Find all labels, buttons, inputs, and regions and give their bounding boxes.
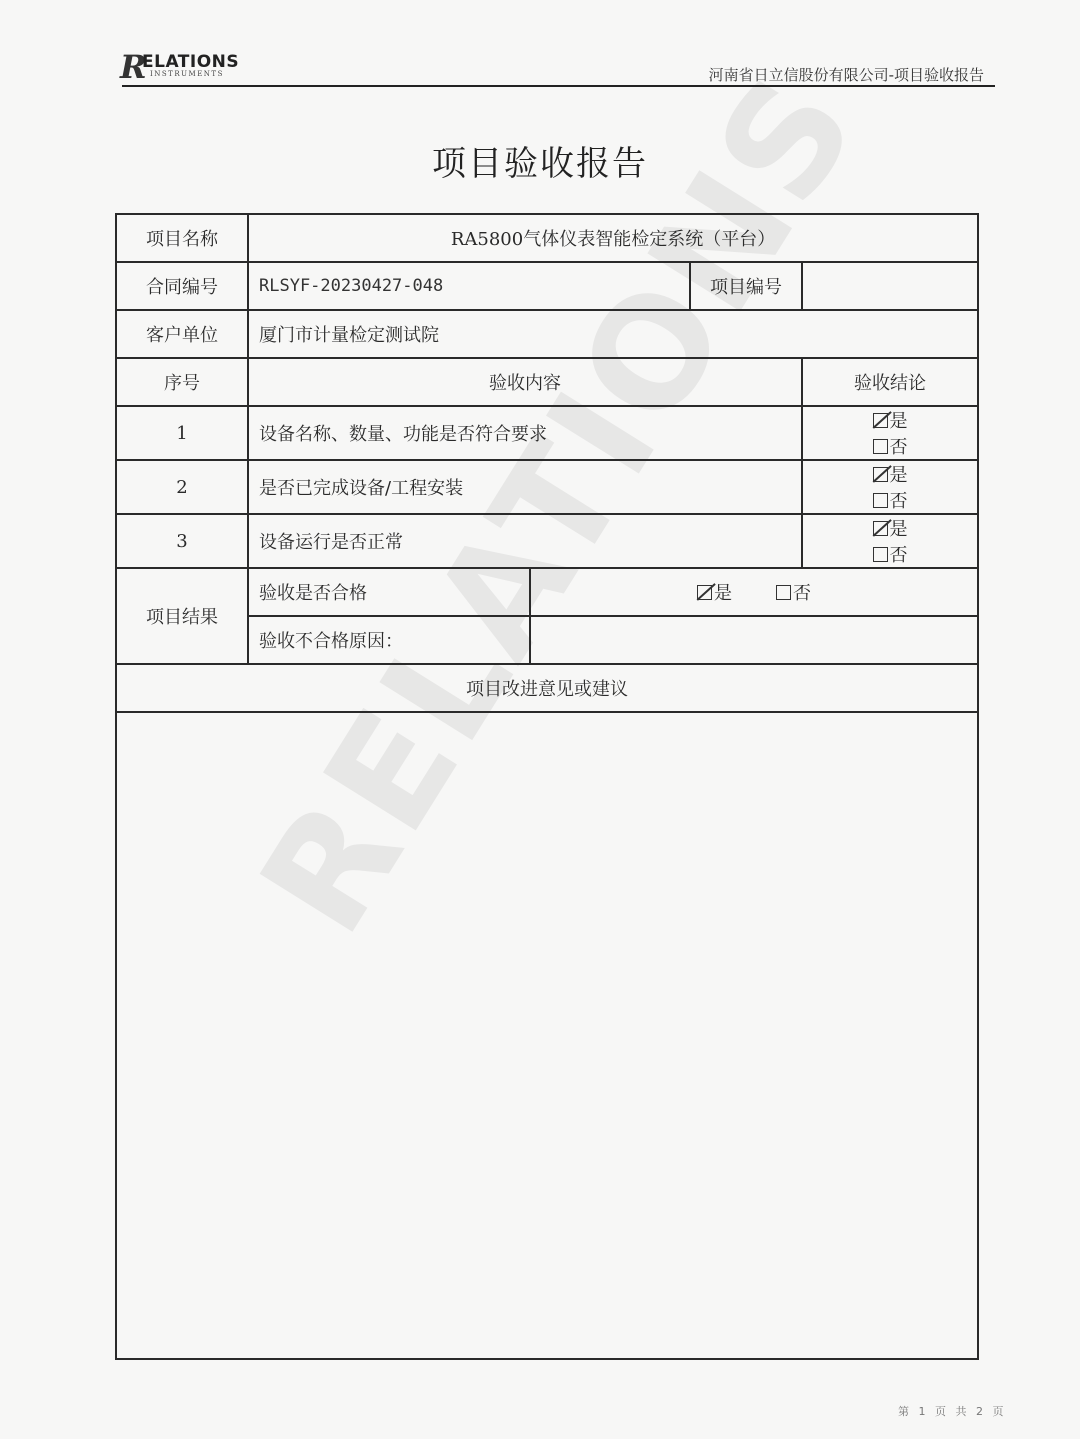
checkbox-empty-icon[interactable] xyxy=(873,493,888,508)
item-seq: 1 xyxy=(116,406,248,460)
customer-value: 厦门市计量检定测试院 xyxy=(248,310,978,358)
result-label: 项目结果 xyxy=(116,568,248,664)
suggestions-header-row: 项目改进意见或建议 xyxy=(116,664,978,712)
checkbox-empty-icon[interactable] xyxy=(873,439,888,454)
yes-option[interactable]: 是 xyxy=(873,461,908,487)
checkbox-checked-icon[interactable] xyxy=(873,467,888,482)
item-seq: 2 xyxy=(116,460,248,514)
table-row: 2 是否已完成设备/工程安装 是否 xyxy=(116,460,978,514)
checkbox-empty-icon[interactable] xyxy=(873,547,888,562)
items-header-row: 序号 验收内容 验收结论 xyxy=(116,358,978,406)
yes-option[interactable]: 是 xyxy=(873,407,908,433)
table-row: 3 设备运行是否正常 是否 xyxy=(116,514,978,568)
page-title: 项目验收报告 xyxy=(0,136,1080,185)
no-option[interactable]: 否 xyxy=(873,433,908,459)
row-customer: 客户单位 厦门市计量检定测试院 xyxy=(116,310,978,358)
suggestions-body-row xyxy=(116,712,978,1359)
contract-no-label: 合同编号 xyxy=(116,262,248,310)
item-content: 是否已完成设备/工程安装 xyxy=(248,460,802,514)
logo-wordmark: ELATIONS xyxy=(142,52,239,72)
item-conclusion: 是否 xyxy=(802,406,978,460)
no-option[interactable]: 否 xyxy=(873,541,908,567)
project-name-label: 项目名称 xyxy=(116,214,248,262)
suggestions-label: 项目改进意见或建议 xyxy=(116,664,978,712)
project-name-value: RA5800气体仪表智能检定系统（平台） xyxy=(248,214,978,262)
logo-subtitle: INSTRUMENTS xyxy=(150,70,224,78)
suggestions-field[interactable] xyxy=(116,712,978,1359)
pass-no-option[interactable]: 否 xyxy=(776,579,811,605)
yes-option[interactable]: 是 xyxy=(873,515,908,541)
pass-label: 验收是否合格 xyxy=(248,568,530,616)
conclusion-header: 验收结论 xyxy=(802,358,978,406)
fail-reason-label: 验收不合格原因： xyxy=(248,616,530,664)
checkbox-empty-icon[interactable] xyxy=(776,585,791,600)
content-header: 验收内容 xyxy=(248,358,802,406)
table-row: 1 设备名称、数量、功能是否符合要求 是否 xyxy=(116,406,978,460)
checkbox-checked-icon[interactable] xyxy=(873,413,888,428)
checkbox-checked-icon[interactable] xyxy=(697,585,712,600)
project-no-label: 项目编号 xyxy=(690,262,802,310)
seq-header: 序号 xyxy=(116,358,248,406)
result-pass-row: 项目结果 验收是否合格 是否 xyxy=(116,568,978,616)
customer-label: 客户单位 xyxy=(116,310,248,358)
row-contract: 合同编号 RLSYF-20230427-048 项目编号 xyxy=(116,262,978,310)
item-conclusion: 是否 xyxy=(802,514,978,568)
item-content: 设备运行是否正常 xyxy=(248,514,802,568)
pass-yes-option[interactable]: 是 xyxy=(697,579,732,605)
no-option[interactable]: 否 xyxy=(873,487,908,513)
pass-conclusion: 是否 xyxy=(530,568,978,616)
acceptance-form-table: 项目名称 RA5800气体仪表智能检定系统（平台） 合同编号 RLSYF-202… xyxy=(115,213,979,1360)
header-company-text: 河南省日立信股份有限公司-项目验收报告 xyxy=(709,64,984,85)
item-conclusion: 是否 xyxy=(802,460,978,514)
item-seq: 3 xyxy=(116,514,248,568)
project-no-value xyxy=(802,262,978,310)
item-content: 设备名称、数量、功能是否符合要求 xyxy=(248,406,802,460)
checkbox-checked-icon[interactable] xyxy=(873,521,888,536)
row-project-name: 项目名称 RA5800气体仪表智能检定系统（平台） xyxy=(116,214,978,262)
fail-reason-field[interactable] xyxy=(530,616,978,664)
header-divider xyxy=(122,85,995,87)
contract-no-value: RLSYF-20230427-048 xyxy=(248,262,690,310)
page-number: 第 1 页 共 2 页 xyxy=(898,1403,1006,1419)
